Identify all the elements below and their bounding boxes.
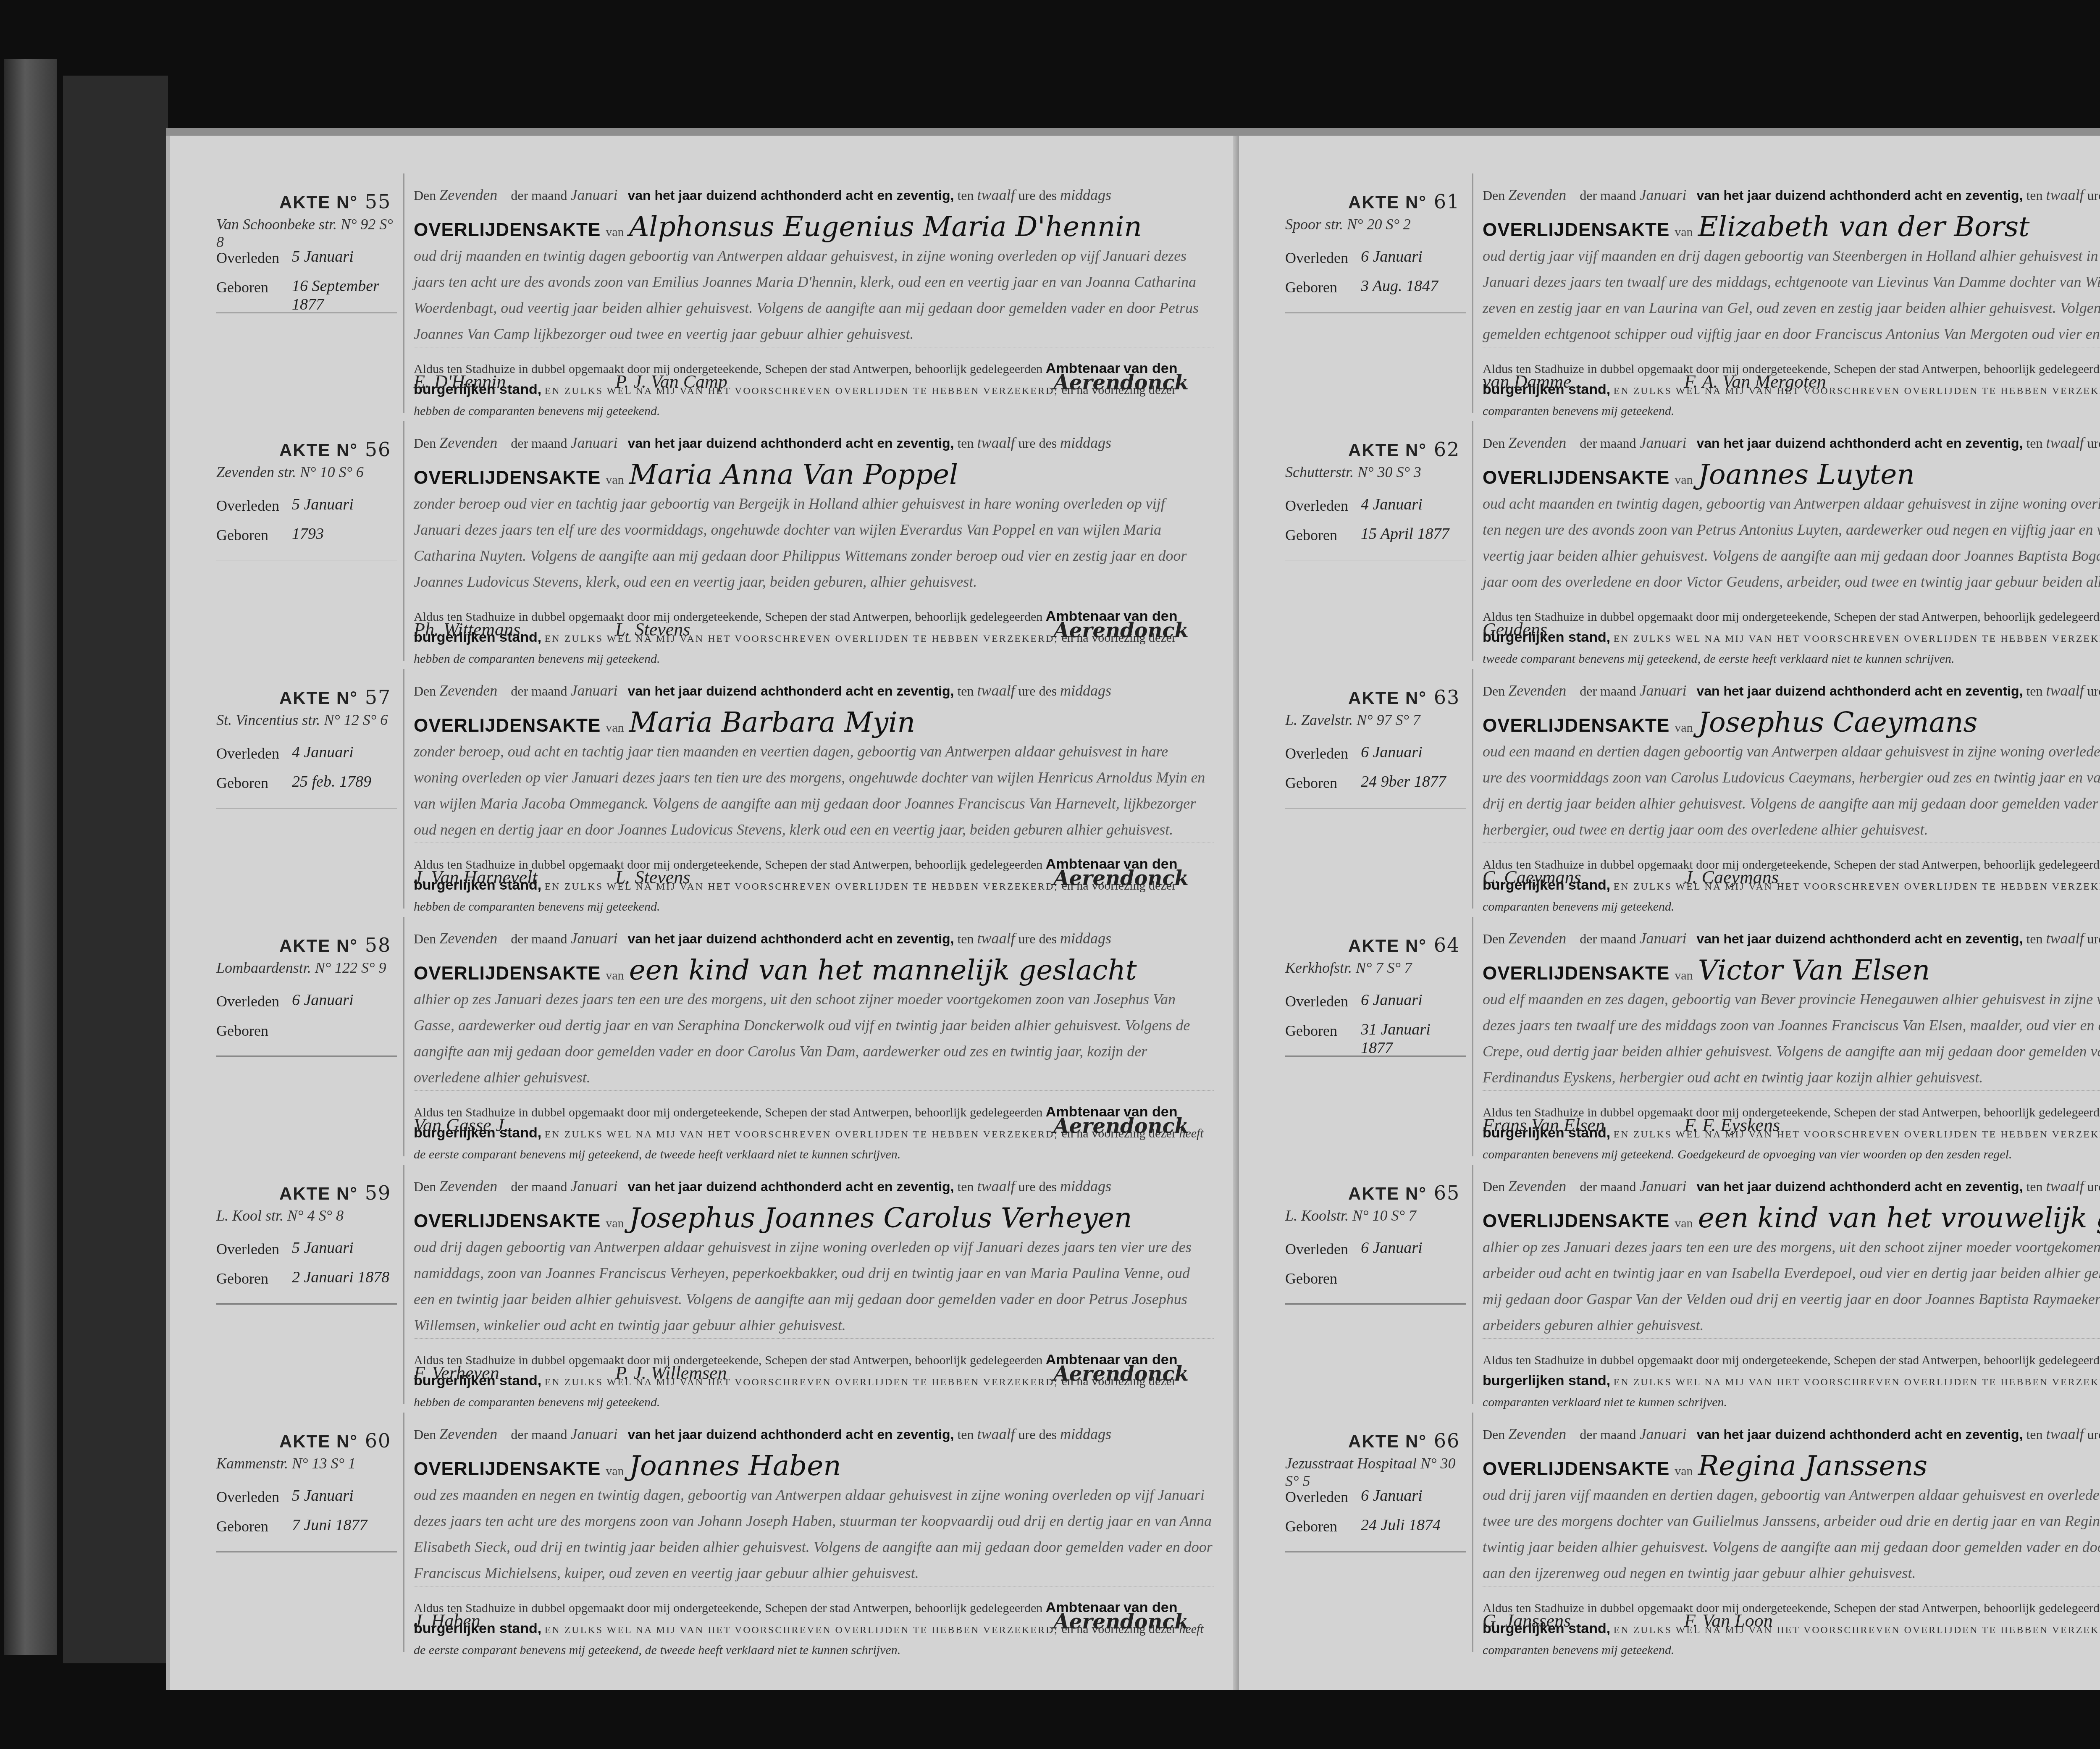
- geboren-date: 1793: [292, 525, 324, 543]
- date-line: Den Zevenden der maand Januari van het j…: [1483, 434, 2100, 452]
- date-line: Den Zevenden der maand Januari van het j…: [1483, 186, 2100, 204]
- column-rule: [403, 1165, 404, 1404]
- title-line: OVERLIJDENSAKTE van Regina Janssens: [1483, 1450, 2100, 1482]
- date-line: Den Zevenden der maand Januari van het j…: [1483, 1177, 2100, 1195]
- title-line: OVERLIJDENSAKTE van Maria Anna Van Poppe…: [414, 458, 1214, 491]
- title-line: OVERLIJDENSAKTE van Josephus Joannes Car…: [414, 1202, 1214, 1234]
- column-rule: [403, 917, 404, 1156]
- overleden-date: 4 Januari: [1361, 495, 1423, 514]
- column-rule: [1472, 1413, 1473, 1652]
- record-margin: AKTE N° 61 Spoor str. N° 20 S° 2 Overled…: [1285, 190, 1466, 316]
- title-line: OVERLIJDENSAKTE van een kind van het man…: [414, 954, 1214, 986]
- witness-signature: G. Janssens: [1483, 1610, 1571, 1631]
- witness-signature: F. Van Loon: [1684, 1610, 1773, 1631]
- witness-signature: Frans Van Elsen: [1483, 1114, 1605, 1136]
- geboren-date: 24 Juli 1874: [1361, 1516, 1441, 1534]
- column-rule: [1472, 173, 1473, 413]
- death-record: AKTE N° 56 Zevenden str. N° 10 S° 6 Over…: [170, 421, 1239, 661]
- record-text: alhier op zes Januari dezes jaars ten ee…: [414, 986, 1214, 1091]
- record-text: alhier op zes Januari dezes jaars ten ee…: [1483, 1234, 2100, 1339]
- column-rule: [403, 421, 404, 661]
- overleden-date: 6 Januari: [1361, 991, 1423, 1009]
- column-rule: [403, 1413, 404, 1652]
- date-line: Den Zevenden der maand Januari van het j…: [414, 1177, 1214, 1195]
- register-book: AKTE N° 55 Van Schoonbeke str. N° 92 S° …: [166, 128, 2100, 1690]
- date-line: Den Zevenden der maand Januari van het j…: [1483, 1425, 2100, 1443]
- date-line: Den Zevenden der maand Januari van het j…: [1483, 682, 2100, 699]
- column-rule: [403, 669, 404, 909]
- witness-signature: F. F. Eyskens: [1684, 1114, 1780, 1136]
- address: Kammenstr. N° 13 S° 1: [216, 1455, 356, 1472]
- title-line: OVERLIJDENSAKTE van Joannes Haben: [414, 1450, 1214, 1482]
- overleden-label: Overleden: [216, 1240, 279, 1258]
- overleden-date: 6 Januari: [1361, 1239, 1423, 1257]
- akte-number: AKTE N° 63: [1348, 686, 1460, 709]
- margin-divider: [1285, 560, 1466, 561]
- record-text: oud dertig jaar vijf maanden en drij dag…: [1483, 243, 2100, 347]
- geboren-date: 25 feb. 1789: [292, 772, 371, 791]
- overleden-label: Overleden: [1285, 1488, 1348, 1506]
- witness-signature: C. Caeymans: [1483, 867, 1581, 888]
- book-edge-shadow: [63, 76, 168, 1663]
- overleden-label: Overleden: [1285, 745, 1348, 762]
- deceased-name: Regina Janssens: [1698, 1450, 1927, 1482]
- akte-title: OVERLIJDENSAKTE: [1483, 1211, 1669, 1232]
- right-page: AKTE N° 61 Spoor str. N° 20 S° 2 Overled…: [1239, 136, 2100, 1690]
- deceased-name: Josephus Joannes Carolus Verheyen: [629, 1202, 1132, 1234]
- witness-signature: L. Stevens: [615, 619, 690, 640]
- margin-divider: [1285, 312, 1466, 313]
- record-margin: AKTE N° 62 Schutterstr. N° 30 S° 3 Overl…: [1285, 438, 1466, 564]
- record-margin: AKTE N° 56 Zevenden str. N° 10 S° 6 Over…: [216, 438, 397, 564]
- record-margin: AKTE N° 65 L. Koolstr. N° 10 S° 7 Overle…: [1285, 1182, 1466, 1308]
- record-margin: AKTE N° 57 St. Vincentius str. N° 12 S° …: [216, 686, 397, 812]
- officer-signature: Aerendonck: [1054, 1114, 1189, 1138]
- akte-title: OVERLIJDENSAKTE: [414, 963, 601, 984]
- akte-title: OVERLIJDENSAKTE: [414, 467, 601, 488]
- geboren-label: Geboren: [216, 1518, 268, 1535]
- witness-signature: L. Stevens: [615, 867, 690, 888]
- overleden-date: 5 Januari: [292, 1239, 354, 1257]
- signatures: E. D'HenninP. J. Van CampAerendonck: [414, 371, 1214, 404]
- death-record: AKTE N° 63 L. Zavelstr. N° 97 S° 7 Overl…: [1239, 669, 2100, 909]
- witness-signature: van Damme: [1483, 371, 1571, 392]
- officer-signature: Aerendonck: [1054, 1610, 1189, 1633]
- signatures: C. CaeymansJ. CaeymansAerendonck: [1483, 867, 2100, 900]
- signatures: van DammeF. A. Van MergotenAerendonck: [1483, 371, 2100, 404]
- geboren-label: Geboren: [216, 278, 268, 296]
- geboren-label: Geboren: [1285, 774, 1337, 792]
- akte-number: AKTE N° 66: [1348, 1429, 1460, 1452]
- title-line: OVERLIJDENSAKTE van Elizabeth van der Bo…: [1483, 210, 2100, 243]
- witness-signature: P. J. Willemsen: [615, 1362, 727, 1384]
- geboren-date: 2 Januari 1878: [292, 1268, 389, 1287]
- title-line: OVERLIJDENSAKTE van Alphonsus Eugenius M…: [414, 210, 1214, 243]
- signatures: Ph. WittemansL. StevensAerendonck: [414, 619, 1214, 652]
- address: Kerkhofstr. N° 7 S° 7: [1285, 959, 1412, 977]
- witness-signature: J. Caeymans: [1684, 867, 1779, 888]
- akte-title: OVERLIJDENSAKTE: [414, 715, 601, 736]
- margin-divider: [1285, 1303, 1466, 1305]
- deceased-name: een kind van het vrouwelijk geslacht: [1698, 1202, 2100, 1234]
- akte-number: AKTE N° 65: [1348, 1182, 1460, 1204]
- overleden-date: 5 Januari: [292, 1486, 354, 1505]
- overleden-date: 6 Januari: [1361, 743, 1423, 762]
- deceased-name: een kind van het mannelijk geslacht: [629, 954, 1137, 986]
- margin-divider: [216, 560, 397, 561]
- record-text: zonder beroep oud vier en tachtig jaar g…: [414, 491, 1214, 595]
- record-text: oud drij dagen geboortig van Antwerpen a…: [414, 1234, 1214, 1339]
- overleden-date: 6 Januari: [292, 991, 354, 1009]
- witness-signature: Van Gasse J.: [414, 1114, 509, 1136]
- death-record: AKTE N° 60 Kammenstr. N° 13 S° 1 Overled…: [170, 1413, 1239, 1652]
- record-text: oud drij jaren vijf maanden en dertien d…: [1483, 1482, 2100, 1586]
- record-margin: AKTE N° 60 Kammenstr. N° 13 S° 1 Overled…: [216, 1429, 397, 1555]
- date-line: Den Zevenden der maand Januari van het j…: [414, 930, 1214, 947]
- witness-signature: F. A. Van Mergoten: [1684, 371, 1826, 392]
- margin-divider: [216, 1056, 397, 1057]
- margin-divider: [216, 808, 397, 809]
- geboren-label: Geboren: [1285, 526, 1337, 544]
- record-text: oud elf maanden en zes dagen, geboortig …: [1483, 986, 2100, 1091]
- column-rule: [1472, 917, 1473, 1156]
- signatures: G. JanssensF. Van LoonAerendonck: [1483, 1610, 2100, 1644]
- date-line: Den Zevenden der maand Januari van het j…: [414, 434, 1214, 452]
- margin-divider: [216, 1303, 397, 1305]
- akte-title: OVERLIJDENSAKTE: [1483, 715, 1669, 736]
- geboren-label: Geboren: [216, 526, 268, 544]
- address: Zevenden str. N° 10 S° 6: [216, 463, 364, 481]
- overleden-label: Overleden: [216, 745, 279, 762]
- akte-title: OVERLIJDENSAKTE: [1483, 220, 1669, 240]
- overleden-date: 6 Januari: [1361, 1486, 1423, 1505]
- book-edge-left: [4, 59, 57, 1655]
- akte-title: OVERLIJDENSAKTE: [1483, 467, 1669, 488]
- geboren-label: Geboren: [216, 1270, 268, 1287]
- death-record: AKTE N° 61 Spoor str. N° 20 S° 2 Overled…: [1239, 173, 2100, 413]
- geboren-label: Geboren: [1285, 1518, 1337, 1535]
- witness-signature: J. Haben: [414, 1610, 480, 1631]
- signatures: GeudensAerendonck: [1483, 619, 2100, 652]
- record-text: oud zes maanden en negen en twintig dage…: [414, 1482, 1214, 1586]
- record-margin: AKTE N° 63 L. Zavelstr. N° 97 S° 7 Overl…: [1285, 686, 1466, 812]
- date-line: Den Zevenden der maand Januari van het j…: [414, 682, 1214, 699]
- officer-signature: Aerendonck: [1054, 867, 1189, 890]
- akte-number: AKTE N° 59: [279, 1182, 391, 1204]
- overleden-date: 4 Januari: [292, 743, 354, 762]
- geboren-date: 31 Januari 1877: [1361, 1020, 1466, 1057]
- deceased-name: Victor Van Elsen: [1698, 954, 1930, 986]
- signatures: Van Gasse J.Aerendonck: [414, 1114, 1214, 1148]
- deceased-name: Joannes Haben: [629, 1450, 841, 1482]
- geboren-label: Geboren: [1285, 278, 1337, 296]
- column-rule: [1472, 1165, 1473, 1404]
- overleden-date: 6 Januari: [1361, 247, 1423, 266]
- akte-number: AKTE N° 62: [1348, 438, 1460, 461]
- officer-signature: Aerendonck: [1054, 619, 1189, 642]
- signatures: F. VerheyenP. J. WillemsenAerendonck: [414, 1362, 1214, 1396]
- overleden-date: 5 Januari: [292, 495, 354, 514]
- overleden-label: Overleden: [216, 249, 279, 267]
- record-margin: AKTE N° 66 Jezusstraat Hospitaal N° 30 S…: [1285, 1429, 1466, 1555]
- address: L. Zavelstr. N° 97 S° 7: [1285, 711, 1420, 729]
- signatures: J. HabenAerendonck: [414, 1610, 1214, 1644]
- akte-number: AKTE N° 58: [279, 934, 391, 956]
- overleden-label: Overleden: [1285, 249, 1348, 267]
- officer-signature: Aerendonck: [1054, 1362, 1189, 1386]
- date-line: Den Zevenden der maand Januari van het j…: [414, 186, 1214, 204]
- title-line: OVERLIJDENSAKTE van een kind van het vro…: [1483, 1202, 2100, 1234]
- geboren-label: Geboren: [216, 1022, 268, 1040]
- death-record: AKTE N° 58 Lombaardenstr. N° 122 S° 9 Ov…: [170, 917, 1239, 1156]
- signatures: Frans Van ElsenF. F. EyskensAerendonck: [1483, 1114, 2100, 1148]
- witness-signature: Geudens: [1483, 619, 1547, 640]
- overleden-label: Overleden: [216, 497, 279, 515]
- record-text: oud een maand en dertien dagen geboortig…: [1483, 738, 2100, 843]
- geboren-date: 24 9ber 1877: [1361, 772, 1446, 791]
- margin-divider: [1285, 1551, 1466, 1552]
- witness-signature: E. D'Hennin: [414, 371, 506, 392]
- deceased-name: Elizabeth van der Borst: [1698, 210, 2030, 243]
- akte-title: OVERLIJDENSAKTE: [414, 1211, 601, 1232]
- signatures: J. Van HarneveltL. StevensAerendonck: [414, 867, 1214, 900]
- address: L. Koolstr. N° 10 S° 7: [1285, 1207, 1416, 1224]
- overleden-date: 5 Januari: [292, 247, 354, 266]
- geboren-date: 7 Juni 1877: [292, 1516, 367, 1534]
- address: Lombaardenstr. N° 122 S° 9: [216, 959, 386, 977]
- akte-number: AKTE N° 56: [279, 438, 391, 461]
- date-line: Den Zevenden der maand Januari van het j…: [414, 1425, 1214, 1443]
- akte-title: OVERLIJDENSAKTE: [414, 1459, 601, 1479]
- akte-title: OVERLIJDENSAKTE: [1483, 1459, 1669, 1479]
- deceased-name: Josephus Caeymans: [1698, 706, 1978, 738]
- witness-signature: P. J. Van Camp: [615, 371, 727, 392]
- akte-title: OVERLIJDENSAKTE: [1483, 963, 1669, 984]
- address: Jezusstraat Hospitaal N° 30 S° 5: [1285, 1455, 1466, 1490]
- overleden-label: Overleden: [1285, 993, 1348, 1010]
- margin-divider: [1285, 1056, 1466, 1057]
- witness-signature: Ph. Wittemans: [414, 619, 520, 640]
- geboren-date: 16 September 1877: [292, 277, 397, 314]
- deceased-name: Maria Barbara Myin: [629, 706, 915, 738]
- column-rule: [1472, 421, 1473, 661]
- akte-number: AKTE N° 64: [1348, 934, 1460, 956]
- geboren-label: Geboren: [216, 774, 268, 792]
- title-line: OVERLIJDENSAKTE van Josephus Caeymans: [1483, 706, 2100, 738]
- column-rule: [403, 173, 404, 413]
- death-record: AKTE N° 57 St. Vincentius str. N° 12 S° …: [170, 669, 1239, 909]
- record-margin: AKTE N° 64 Kerkhofstr. N° 7 S° 7 Overled…: [1285, 934, 1466, 1060]
- overleden-label: Overleden: [216, 993, 279, 1010]
- column-rule: [1472, 669, 1473, 909]
- akte-number: AKTE N° 61: [1348, 190, 1460, 213]
- death-record: AKTE N° 64 Kerkhofstr. N° 7 S° 7 Overled…: [1239, 917, 2100, 1156]
- overleden-label: Overleden: [1285, 1240, 1348, 1258]
- death-record: AKTE N° 65 L. Koolstr. N° 10 S° 7 Overle…: [1239, 1165, 2100, 1404]
- title-line: OVERLIJDENSAKTE van Joannes Luyten: [1483, 458, 2100, 491]
- geboren-label: Geboren: [1285, 1022, 1337, 1040]
- record-margin: AKTE N° 59 L. Kool str. N° 4 S° 8 Overle…: [216, 1182, 397, 1308]
- address: St. Vincentius str. N° 12 S° 6: [216, 711, 388, 729]
- akte-number: AKTE N° 60: [279, 1429, 391, 1452]
- deceased-name: Alphonsus Eugenius Maria D'hennin: [629, 210, 1142, 243]
- record-text: zonder beroep, oud acht en tachtig jaar …: [414, 738, 1214, 843]
- akte-number: AKTE N° 57: [279, 686, 391, 709]
- title-line: OVERLIJDENSAKTE van Maria Barbara Myin: [414, 706, 1214, 738]
- witness-signature: F. Verheyen: [414, 1362, 499, 1384]
- geboren-label: Geboren: [1285, 1270, 1337, 1287]
- geboren-date: 15 April 1877: [1361, 525, 1449, 543]
- title-line: OVERLIJDENSAKTE van Victor Van Elsen: [1483, 954, 2100, 986]
- witness-signature: J. Van Harnevelt: [414, 867, 537, 888]
- geboren-date: 3 Aug. 1847: [1361, 277, 1438, 295]
- record-text: oud drij maanden en twintig dagen geboor…: [414, 243, 1214, 347]
- margin-divider: [1285, 808, 1466, 809]
- akte-title: OVERLIJDENSAKTE: [414, 220, 601, 240]
- overleden-label: Overleden: [1285, 497, 1348, 515]
- date-line: Den Zevenden der maand Januari van het j…: [1483, 930, 2100, 947]
- margin-divider: [216, 312, 397, 313]
- akte-number: AKTE N° 55: [279, 190, 391, 213]
- address: Spoor str. N° 20 S° 2: [1285, 215, 1411, 233]
- officer-signature: Aerendonck: [1054, 371, 1189, 394]
- record-margin: AKTE N° 55 Van Schoonbeke str. N° 92 S° …: [216, 190, 397, 316]
- death-record: AKTE N° 55 Van Schoonbeke str. N° 92 S° …: [170, 173, 1239, 413]
- left-page: AKTE N° 55 Van Schoonbeke str. N° 92 S° …: [166, 136, 1239, 1690]
- death-record: AKTE N° 66 Jezusstraat Hospitaal N° 30 S…: [1239, 1413, 2100, 1652]
- overleden-label: Overleden: [216, 1488, 279, 1506]
- deceased-name: Maria Anna Van Poppel: [629, 458, 958, 491]
- death-record: AKTE N° 62 Schutterstr. N° 30 S° 3 Overl…: [1239, 421, 2100, 661]
- record-text: oud acht maanden en twintig dagen, geboo…: [1483, 491, 2100, 595]
- address: L. Kool str. N° 4 S° 8: [216, 1207, 344, 1224]
- signatures: Aerendonck: [1483, 1362, 2100, 1396]
- margin-divider: [216, 1551, 397, 1552]
- record-margin: AKTE N° 58 Lombaardenstr. N° 122 S° 9 Ov…: [216, 934, 397, 1060]
- address: Van Schoonbeke str. N° 92 S° 8: [216, 215, 397, 251]
- deceased-name: Joannes Luyten: [1698, 458, 1915, 491]
- death-record: AKTE N° 59 L. Kool str. N° 4 S° 8 Overle…: [170, 1165, 1239, 1404]
- address: Schutterstr. N° 30 S° 3: [1285, 463, 1421, 481]
